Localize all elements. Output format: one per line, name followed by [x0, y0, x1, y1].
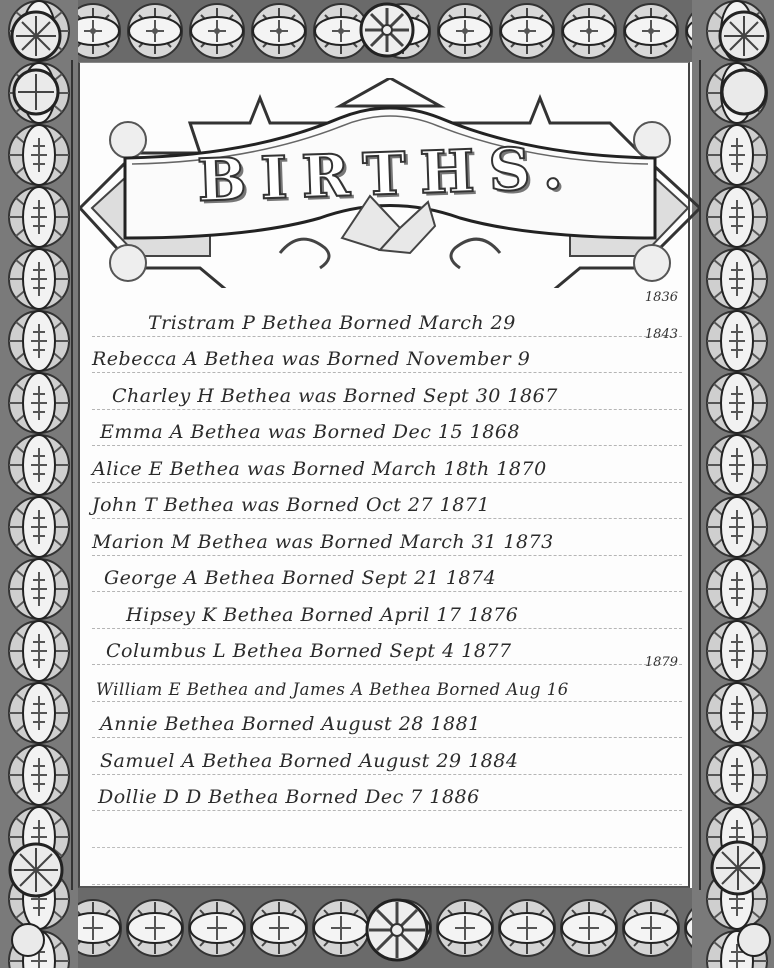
- entry-text: Emma A Bethea was Borned Dec 15 1868: [100, 421, 520, 443]
- entry-text: Alice E Bethea was Borned March 18th 187…: [92, 458, 547, 480]
- birth-entry: Hipsey K Bethea Borned April 17 1876: [92, 592, 682, 629]
- birth-entry: Emma A Bethea was Borned Dec 15 1868: [92, 410, 682, 447]
- birth-entry: Tristram P Bethea Borned March 29 1836: [92, 300, 682, 337]
- birth-entry: William E Bethea and James A Bethea Born…: [92, 665, 682, 702]
- birth-entry: Marion M Bethea was Borned March 31 1873: [92, 519, 682, 556]
- entry-text: Columbus L Bethea Borned Sept 4 1877: [106, 640, 512, 662]
- entry-text: Charley H Bethea was Borned Sept 30 1867: [112, 385, 558, 407]
- ornate-border-left: [0, 0, 78, 968]
- rosette-icon: [0, 0, 774, 62]
- birth-entry: Alice E Bethea was Borned March 18th 187…: [92, 446, 682, 483]
- entry-text: Tristram P Bethea Borned March 29: [148, 312, 516, 334]
- birth-entry: Dollie D D Bethea Borned Dec 7 1886: [92, 775, 682, 812]
- entry-text: Hipsey K Bethea Borned April 17 1876: [126, 604, 518, 626]
- entry-text: Marion M Bethea was Borned March 31 1873: [92, 531, 554, 553]
- birth-entry: Charley H Bethea was Borned Sept 30 1867: [92, 373, 682, 410]
- rosette-icon: [0, 888, 774, 968]
- ornate-border-top: [0, 0, 774, 62]
- register-page: BIRTHS. Tristram P Bethea Borned March 2…: [0, 0, 774, 968]
- entry-year: 1843: [645, 327, 678, 342]
- entry-year: 1879: [645, 655, 678, 670]
- birth-entry: George A Bethea Borned Sept 21 1874: [92, 556, 682, 593]
- blank-ruled-line: [92, 811, 682, 848]
- entry-text: John T Bethea was Borned Oct 27 1871: [92, 494, 490, 516]
- entry-text: Dollie D D Bethea Borned Dec 7 1886: [98, 786, 480, 808]
- entry-year: 1836: [645, 290, 678, 305]
- entry-text: Annie Bethea Borned August 28 1881: [100, 713, 481, 735]
- entry-text: Samuel A Bethea Borned August 29 1884: [100, 750, 518, 772]
- ornate-border-bottom: [0, 888, 774, 968]
- birth-entry: Rebecca A Bethea was Borned November 9 1…: [92, 337, 682, 374]
- birth-entries: Tristram P Bethea Borned March 29 1836 R…: [92, 300, 682, 885]
- birth-entry: Columbus L Bethea Borned Sept 4 1877: [92, 629, 682, 666]
- birth-entry: Annie Bethea Borned August 28 1881: [92, 702, 682, 739]
- blank-ruled-line: [92, 848, 682, 885]
- birth-entry: John T Bethea was Borned Oct 27 1871: [92, 483, 682, 520]
- birth-entry: Samuel A Bethea Borned August 29 1884: [92, 738, 682, 775]
- entry-text: William E Bethea and James A Bethea Born…: [96, 680, 569, 699]
- entry-text: George A Bethea Borned Sept 21 1874: [104, 567, 496, 589]
- entry-text: Rebecca A Bethea was Borned November 9: [92, 348, 530, 370]
